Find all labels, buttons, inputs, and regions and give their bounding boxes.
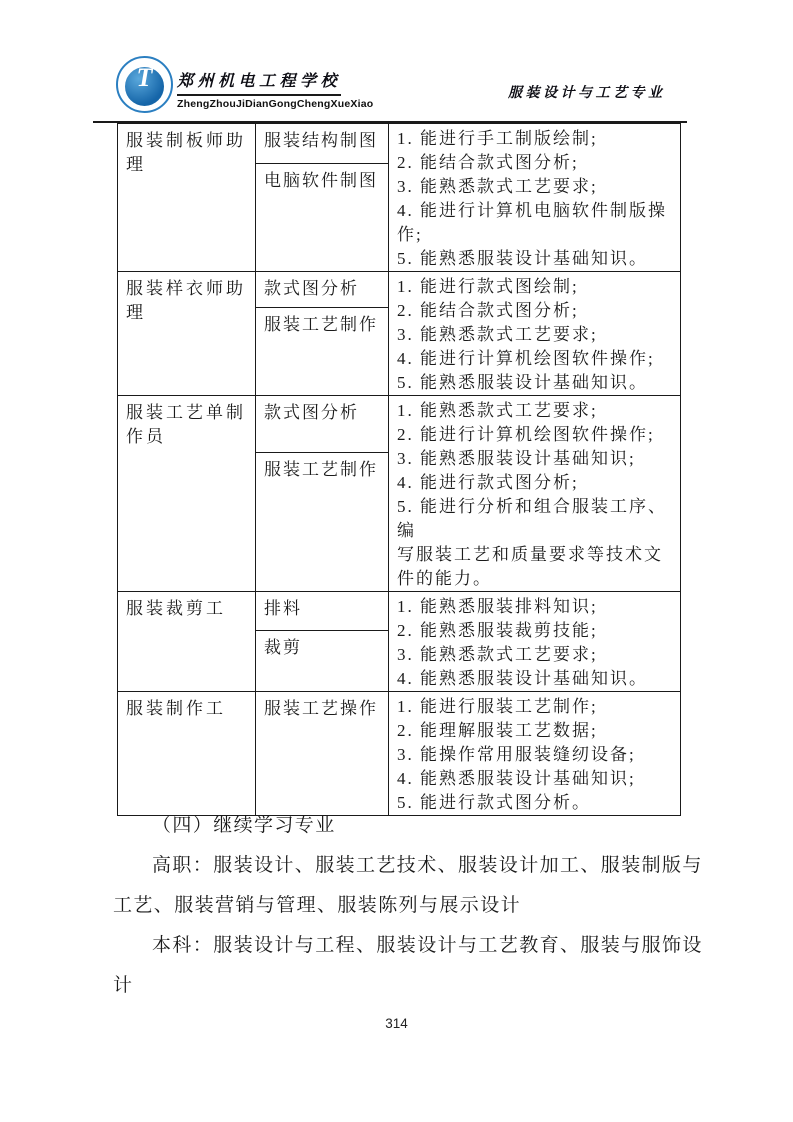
document-title: 服装设计与工艺专业	[508, 82, 666, 102]
table-cell-skill: 服装工艺操作	[256, 692, 389, 816]
table-cell-skill: 款式图分析	[256, 396, 389, 453]
paragraph-line: 计	[113, 966, 723, 1006]
paragraph-line: 本科：服装设计与工程、服装设计与工艺教育、服装与服饰设	[113, 926, 723, 966]
table-cell-skill: 排料	[256, 592, 389, 631]
table-cell-abilities: 1. 能进行服装工艺制作; 2. 能理解服装工艺数据; 3. 能操作常用服装缝纫…	[389, 692, 681, 816]
table-cell-abilities: 1. 能熟悉服装排料知识; 2. 能熟悉服装裁剪技能; 3. 能熟悉款式工艺要求…	[389, 592, 681, 692]
table-cell-skill: 电脑软件制图	[256, 164, 389, 272]
table-cell-skill: 款式图分析	[256, 272, 389, 308]
table-cell-job: 服装工艺单制作员	[118, 396, 256, 592]
school-logo-monogram-icon: T	[118, 62, 171, 94]
body-text: （四）继续学习专业 高职：服装设计、服装工艺技术、服装设计加工、服装制版与 工艺…	[113, 806, 723, 1006]
school-name-block: 郑州机电工程学校 ZhengZhouJiDianGongChengXueXiao	[177, 68, 373, 110]
page-number: 314	[0, 1016, 793, 1031]
school-pinyin: ZhengZhouJiDianGongChengXueXiao	[177, 98, 373, 110]
school-logo: T	[116, 56, 173, 113]
table-cell-job: 服装制作工	[118, 692, 256, 816]
table-cell-skill: 服装工艺制作	[256, 452, 389, 591]
table-cell-job: 服装样衣师助理	[118, 272, 256, 396]
table-cell-abilities: 1. 能进行款式图绘制; 2. 能结合款式图分析; 3. 能熟悉款式工艺要求; …	[389, 272, 681, 396]
page-header: T 郑州机电工程学校 ZhengZhouJiDianGongChengXueXi…	[0, 0, 793, 121]
document-page: T 郑州机电工程学校 ZhengZhouJiDianGongChengXueXi…	[0, 0, 793, 1122]
table-cell-job: 服装制板师助理	[118, 124, 256, 272]
table-cell-skill: 服装结构制图	[256, 124, 389, 164]
table-cell-job: 服装裁剪工	[118, 592, 256, 692]
paragraph-line: 高职：服装设计、服装工艺技术、服装设计加工、服装制版与	[113, 846, 723, 886]
school-name: 郑州机电工程学校	[177, 68, 341, 96]
job-skills-table: 服装制板师助理 服装结构制图 1. 能进行手工制版绘制; 2. 能结合款式图分析…	[117, 123, 681, 816]
paragraph-line: 工艺、服装营销与管理、服装陈列与展示设计	[113, 886, 723, 926]
table-cell-abilities: 1. 能熟悉款式工艺要求; 2. 能进行计算机绘图软件操作; 3. 能熟悉服装设…	[389, 396, 681, 592]
table-cell-abilities: 1. 能进行手工制版绘制; 2. 能结合款式图分析; 3. 能熟悉款式工艺要求;…	[389, 124, 681, 272]
table-cell-skill: 裁剪	[256, 630, 389, 691]
table-cell-skill: 服装工艺制作	[256, 308, 389, 396]
section-heading: （四）继续学习专业	[113, 806, 723, 846]
